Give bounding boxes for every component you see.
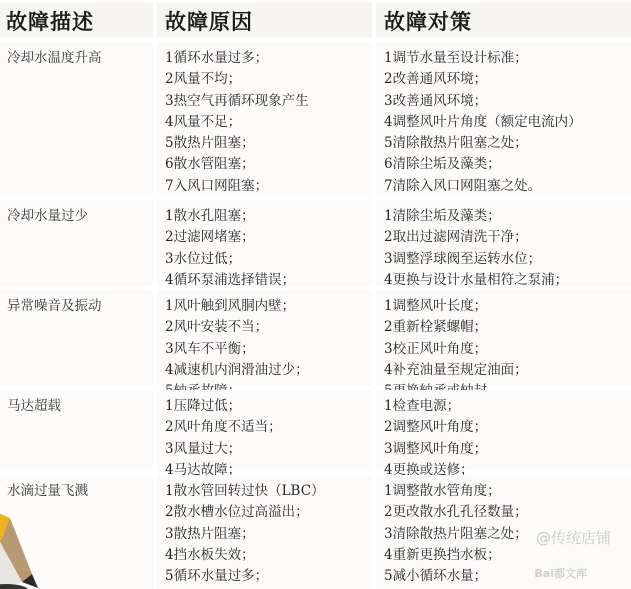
- cause-cell: 1风叶触到风胴内壁； 2风叶安装不当； 3风车不平衡； 4减速机内润滑油过少； …: [157, 290, 372, 386]
- solution-item: 4重新更换挡水板；: [384, 545, 623, 566]
- header-symptom: 故障描述: [0, 2, 153, 38]
- symptom-cell: 异常噪音及振动: [0, 290, 153, 386]
- author-watermark: @传统店铺: [536, 527, 611, 548]
- cause-item: 1散水孔阻塞；: [165, 206, 364, 227]
- cause-item: 2风叶安装不当；: [165, 317, 364, 338]
- solution-item: 6清除尘垢及藻类；: [384, 154, 623, 175]
- cause-cell: 1散水管回转过快（LBC） 2散水槽水位过高溢出； 3散热片阻塞； 4挡水板失效…: [157, 475, 372, 589]
- solution-item: 4更换与设计水量相符之泵浦；: [384, 270, 623, 291]
- solution-item: 2更改散水孔孔径数量；: [384, 502, 623, 523]
- solution-item: 5减小循环水量；: [384, 566, 623, 587]
- solution-item: 4调整风叶片角度（额定电流内）: [384, 112, 623, 133]
- solution-item: 3调整浮球阀至运转水位；: [384, 249, 623, 270]
- cause-item: 4循环泵浦选择错误；: [165, 270, 364, 291]
- cause-item: 3风车不平衡；: [165, 339, 364, 360]
- solution-cell: 1调节水量至设计标准； 2改善通风环境； 3改善通风环境； 4调整风叶片角度（额…: [376, 42, 631, 196]
- solution-item: 3校正风叶角度；: [384, 339, 623, 360]
- cause-item: 1压降过低；: [165, 396, 364, 417]
- solution-item: 1检查电源；: [384, 396, 623, 417]
- solution-item: 1调整散水管角度；: [384, 481, 623, 502]
- solution-cell: 1清除尘垢及藻类； 2取出过滤网清洗干净； 3调整浮球阀至运转水位； 4更换与设…: [376, 200, 631, 286]
- cause-item: 2散水槽水位过高溢出；: [165, 502, 364, 523]
- pencil-icon: [0, 512, 56, 589]
- solution-item: 2改善通风环境；: [384, 69, 623, 90]
- cause-item: 1循环水量过多；: [165, 48, 364, 69]
- cause-item: 4挡水板失效；: [165, 545, 364, 566]
- cause-item: 3水位过低；: [165, 249, 364, 270]
- cause-item: 2风量不均；: [165, 69, 364, 90]
- cause-item: 3热空气再循环现象产生: [165, 91, 364, 112]
- cause-cell: 1循环水量过多； 2风量不均； 3热空气再循环现象产生 4风量不足； 5散热片阻…: [157, 42, 372, 196]
- solution-cell: 1调整风叶长度； 2重新栓紧螺帽； 3校正风叶角度； 4补充油量至规定油面； 5…: [376, 290, 631, 386]
- cause-item: 4风量不足；: [165, 112, 364, 133]
- cause-cell: 1压降过低； 2风叶角度不适当； 3风量过大； 4马达故障；: [157, 390, 372, 471]
- cause-item: 7入风口网阻塞；: [165, 176, 364, 197]
- cause-item: 6散水管阻塞；: [165, 154, 364, 175]
- fault-table: 故障描述 故障原因 故障对策 冷却水温度升高 1循环水量过多； 2风量不均； 3…: [0, 2, 631, 589]
- solution-item: 1调节水量至设计标准；: [384, 48, 623, 69]
- cause-item: 1风叶触到风胴内壁；: [165, 296, 364, 317]
- header-cause: 故障原因: [157, 2, 372, 38]
- cause-item: 3风量过大；: [165, 439, 364, 460]
- solution-item: 2取出过滤网清洗干净；: [384, 227, 623, 248]
- solution-cell: 1检查电源； 2调整风叶角度； 3调整风叶角度； 4更换或送修；: [376, 390, 631, 471]
- solution-item: 2重新栓紧螺帽；: [384, 317, 623, 338]
- cause-item: 5散热片阻塞；: [165, 133, 364, 154]
- solution-item: 3调整风叶角度；: [384, 439, 623, 460]
- solution-item: 3改善通风环境；: [384, 91, 623, 112]
- cause-cell: 1散水孔阻塞； 2过滤网堵塞； 3水位过低； 4循环泵浦选择错误；: [157, 200, 372, 286]
- header-solution: 故障对策: [376, 2, 631, 38]
- solution-item: 5清除散热片阻塞之处；: [384, 133, 623, 154]
- solution-item: 1调整风叶长度；: [384, 296, 623, 317]
- solution-item: 4补充油量至规定油面；: [384, 360, 623, 381]
- cause-item: 4减速机内润滑油过少；: [165, 360, 364, 381]
- symptom-cell: 马达超载: [0, 390, 153, 471]
- cause-item: 2过滤网堵塞；: [165, 227, 364, 248]
- cause-item: 2风叶角度不适当；: [165, 417, 364, 438]
- cause-item: 5循环水量过多；: [165, 566, 364, 587]
- cause-item: 3散热片阻塞；: [165, 524, 364, 545]
- symptom-cell: 冷却水温度升高: [0, 42, 153, 196]
- baidu-wenku-logo: Bai都文库: [534, 565, 587, 581]
- solution-item: 7清除入风口网阻塞之处。: [384, 176, 623, 197]
- symptom-cell: 冷却水量过少: [0, 200, 153, 286]
- solution-item: 2调整风叶角度；: [384, 417, 623, 438]
- solution-item: 1清除尘垢及藻类；: [384, 206, 623, 227]
- cause-item: 1散水管回转过快（LBC）: [165, 481, 364, 502]
